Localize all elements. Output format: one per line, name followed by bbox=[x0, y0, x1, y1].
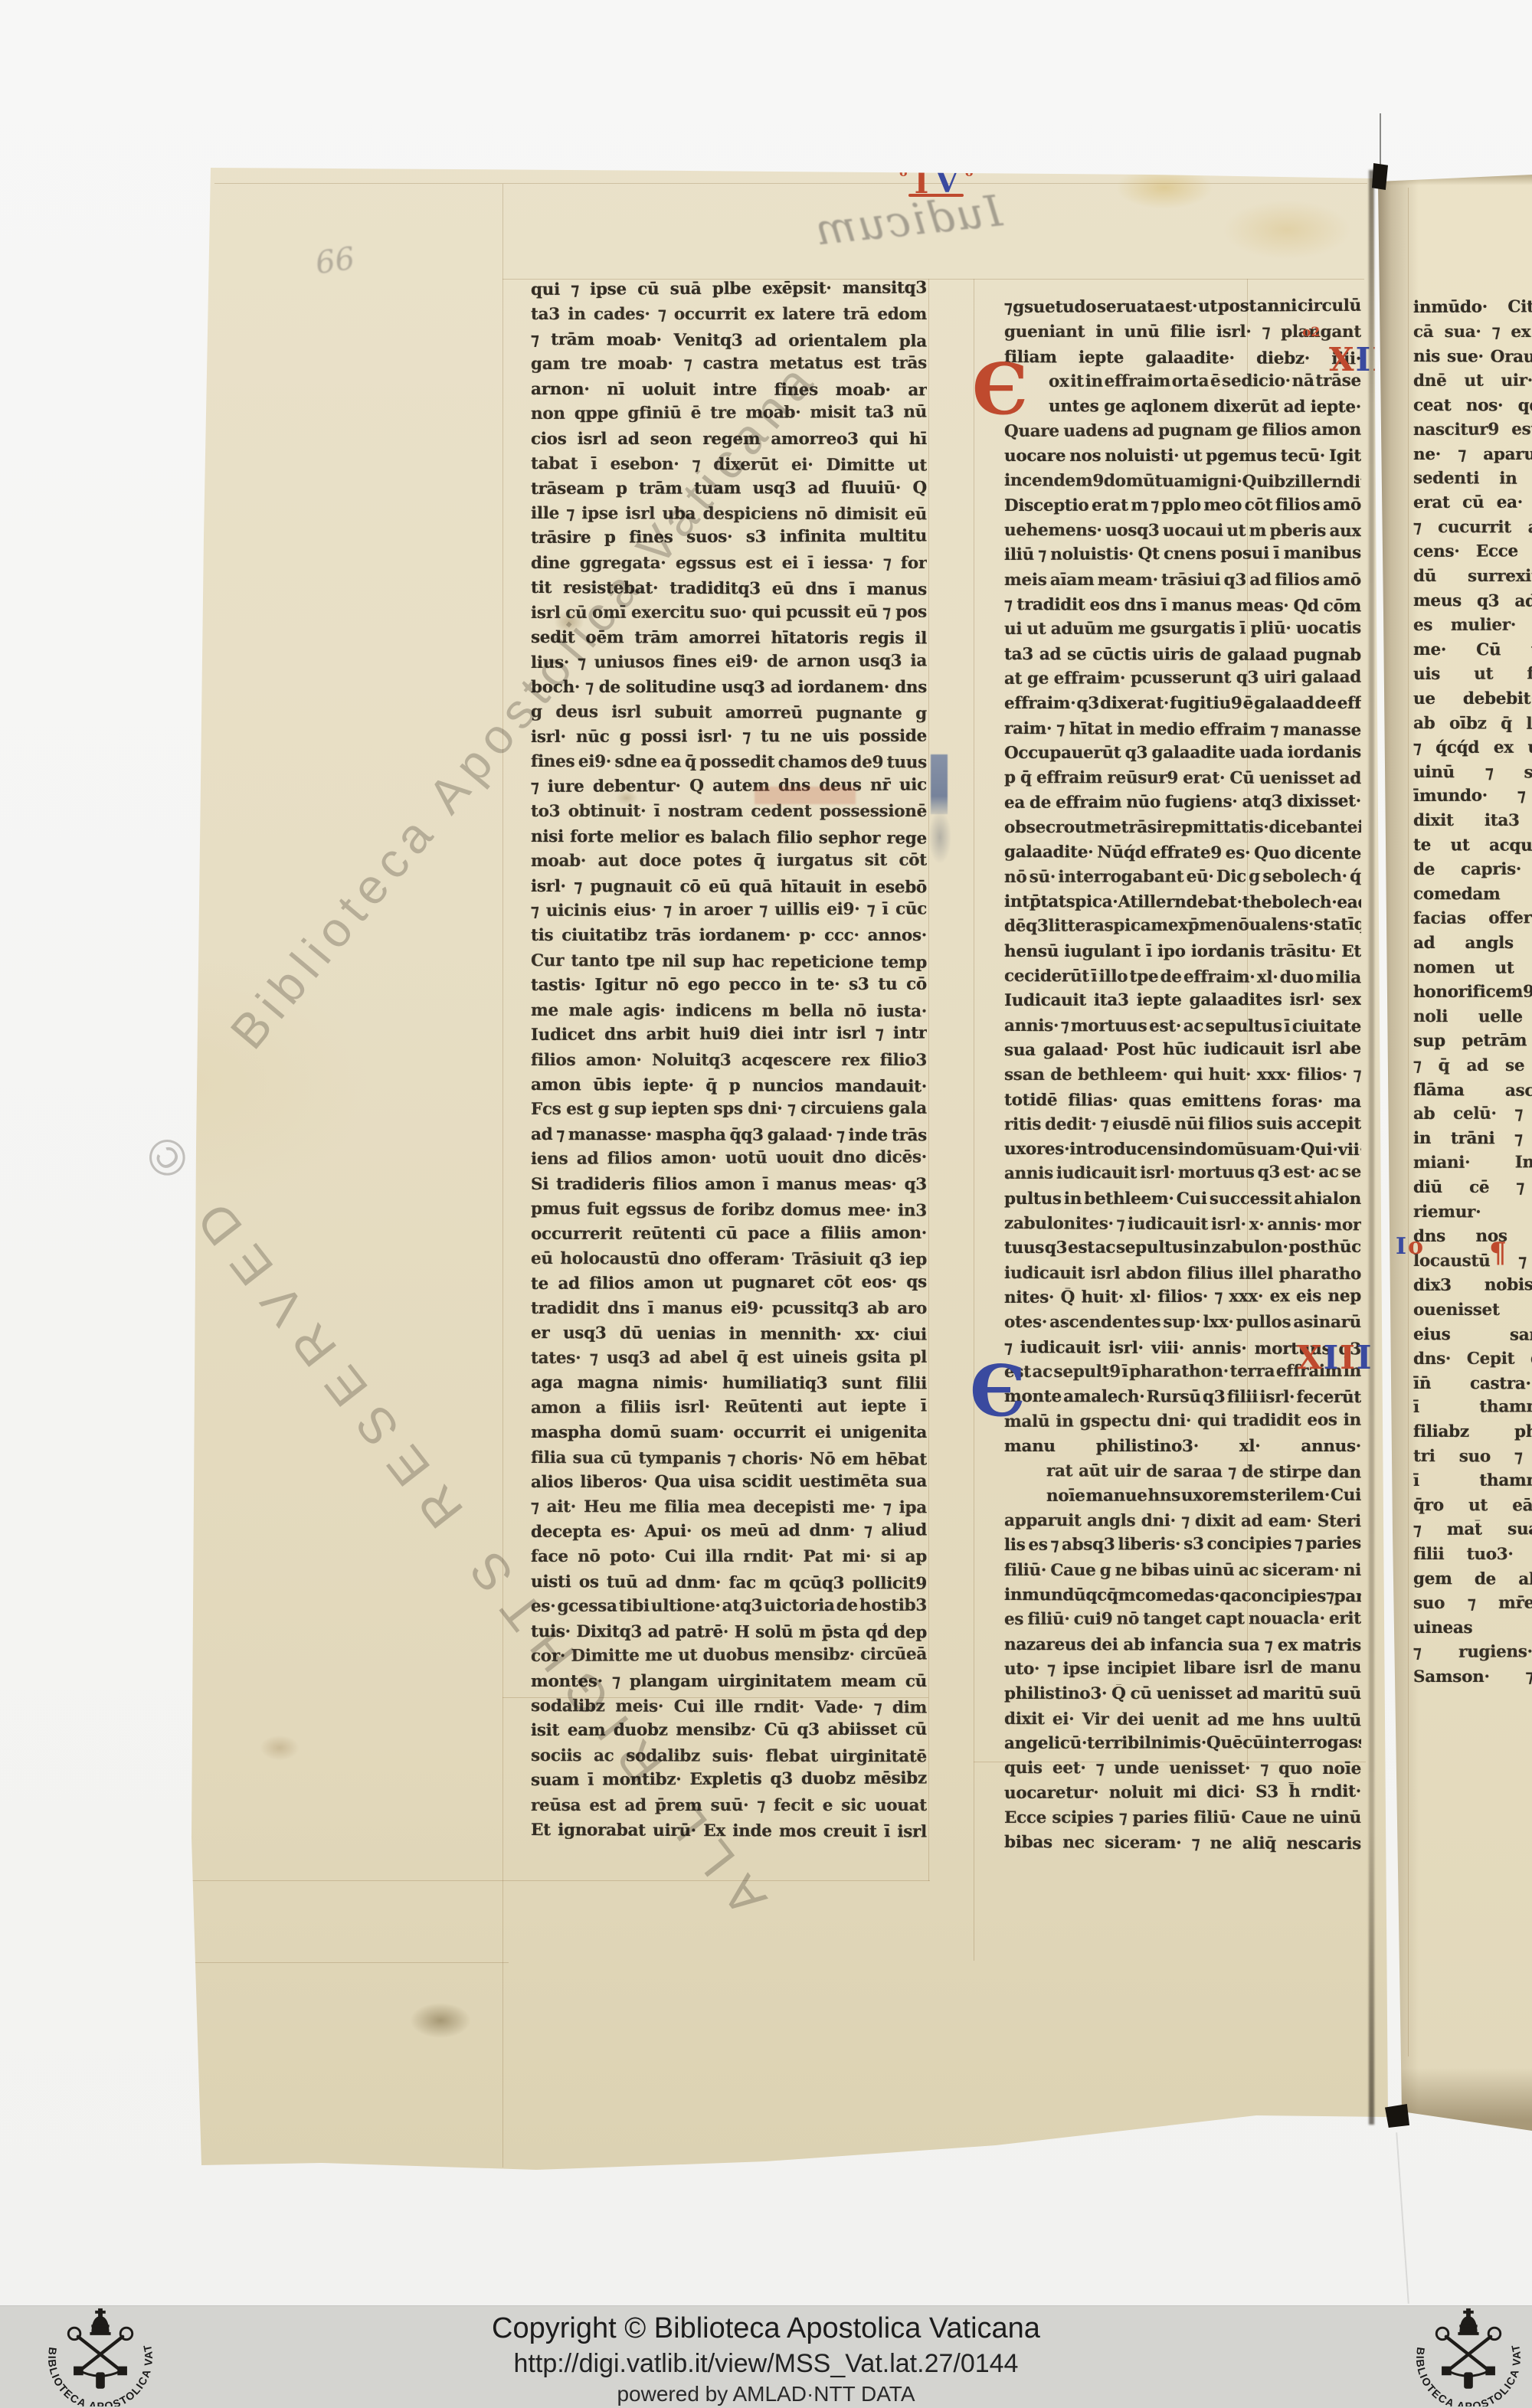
manuscript-text-line: filiamieptegalaadite·diebz·iiii· bbox=[1004, 348, 1361, 375]
chapter-numeral-note: o2 bbox=[1302, 325, 1320, 340]
manuscript-text-line: noīemanuehnsuxoremsterilem·Cui bbox=[1004, 1486, 1361, 1511]
manuscript-text-line: gemdealienis bbox=[1413, 1569, 1532, 1595]
manuscript-text-line: tates·⁊usq3adabelq̄estuineisgsitapl bbox=[531, 1348, 927, 1374]
manuscript-text-line: esmulier·At̄i bbox=[1413, 615, 1532, 640]
manuscript-text-line: iensadfiliosamon·uotūuouitdnodicēs· bbox=[531, 1148, 927, 1175]
manuscript-text-line: nomenutsis bbox=[1413, 958, 1532, 983]
manuscript-text-line: tuusq3estacsepultusinzabulon·posthūc bbox=[1004, 1238, 1361, 1263]
manuscript-text-line: ritisdedit·⁊eiusdēnūifiliossuisaccepit bbox=[1004, 1114, 1361, 1140]
manuscript-text-line: meusq3aduir bbox=[1413, 591, 1532, 617]
manuscript-text-line: intp̄tatspica·Atillerndebat·thebolech·ea… bbox=[1004, 892, 1361, 918]
manuscript-text-line: Quareuadensadpugnamgefiliosamon bbox=[1004, 420, 1361, 447]
footer-url: http://digi.vatlib.it/view/MSS_Vat.lat.2… bbox=[0, 2349, 1532, 2379]
manuscript-text-line: otes·ascendentessup·lxx·pullosasinarū bbox=[1004, 1313, 1361, 1337]
text-column-right: ⁊gsuetudoseruataest·utpostannicirculūgue… bbox=[1004, 298, 1361, 1858]
manuscript-text-line: amonūbisiepte·q̄pnunciosmandauit· bbox=[531, 1075, 927, 1102]
manuscript-text-line: sedentiinagro bbox=[1413, 469, 1532, 494]
manuscript-text-line: esfiliū·cui9nōtangetcaptnouacla·erit bbox=[1004, 1609, 1361, 1634]
manuscript-text-line: tradiditdnsīmanusei9·pcussitq3abaro bbox=[531, 1299, 927, 1323]
manuscript-text-line: manuphilistino3·xl·annus· bbox=[1004, 1437, 1361, 1461]
manuscript-text-line: dixitita3ma bbox=[1413, 811, 1532, 836]
manuscript-text-line: ⁊gsuetudoseruataest·utpostannicirculū bbox=[1004, 296, 1361, 323]
manuscript-text-line: suppetrāmoffe bbox=[1413, 1031, 1532, 1056]
text-column-left: qui⁊ipsecūsuāplbeexēpsit·mansitq3ta3inca… bbox=[531, 280, 927, 1846]
manuscript-text-line: amonafiliisisrl·Reūtentiautiepteī bbox=[531, 1396, 927, 1423]
ruling-line bbox=[179, 1962, 509, 1963]
manuscript-text-line: īmundo·⁊qd́ bbox=[1413, 786, 1532, 811]
binding-thread bbox=[1380, 113, 1381, 165]
manuscript-text-line: Disceptioeratm⁊pplomeocōtfiliosamō bbox=[1004, 495, 1361, 520]
manuscript-text-line: uehemens·uosq3uocauiutmpberisaux bbox=[1004, 521, 1361, 546]
binding-wedge-top bbox=[1372, 163, 1388, 190]
manuscript-text-line: ⁊mat̄sua·⁊ bbox=[1413, 1520, 1532, 1545]
manuscript-text-line: oxitineffraimortaēsedicio·nātrāse bbox=[1004, 371, 1361, 397]
manuscript-text-line: uistiostuūaddnm·facmqcūq3pollicit9 bbox=[531, 1572, 927, 1599]
manuscript-text-line: ceatnos·qd́no bbox=[1413, 396, 1532, 420]
manuscript-text-line: filiituo3·⁊u bbox=[1413, 1545, 1532, 1569]
ruling-line bbox=[179, 1880, 930, 1881]
manuscript-text-line: nōsū·interrogabanteū·Dicgsebolech·q́ bbox=[1004, 866, 1361, 892]
binding-wedge-bottom bbox=[1385, 2104, 1409, 2128]
manuscript-text-line: eiussamson bbox=[1413, 1325, 1532, 1350]
manuscript-text-line: ⁊tradiditeosdnsīmanusmeas·Qdcōm bbox=[1004, 595, 1361, 622]
manuscript-text-line: adanglsdni· bbox=[1413, 934, 1532, 958]
manuscript-text-line: facenōpoto·Cuiillarndit·Patmi·siap bbox=[531, 1547, 927, 1572]
manuscript-text-line: uocarenosnoluisti·utpgemustecū·Igit bbox=[1004, 447, 1361, 471]
manuscript-text-line: uxores·introducensindomūsuam·Qui·vii· bbox=[1004, 1140, 1361, 1165]
ruling-line bbox=[1408, 188, 1409, 2056]
manuscript-text-line: Eccescipies⁊pariesfiliū·Caueneuinū bbox=[1004, 1808, 1361, 1833]
manuscript-text-line: monteamalech·Rursūq3filiiisrl·fecerūt bbox=[1004, 1387, 1361, 1412]
manuscript-text-line: honorificem9 bbox=[1413, 982, 1532, 1006]
manuscript-text-line: ⁊q́cq́dexuinea bbox=[1413, 738, 1532, 762]
pilcrow-red: ¶ bbox=[1489, 1237, 1507, 1269]
manuscript-text-line: isrl·⁊pugnauitcōeūquāhītauitinesebō bbox=[531, 877, 927, 903]
manuscript-text-line: finesei9·sdneeaq̄posseditchamosde9tuus bbox=[531, 752, 927, 778]
manuscript-text-line: incendem9domūtuamigni·Quibzillerndit· bbox=[1004, 471, 1361, 498]
manuscript-text-line: pmusfuitegssusdeforibzdomusmee·in3 bbox=[531, 1199, 927, 1226]
manuscript-text-line: bibasnecsiceram·⁊nealiq̄nescaris bbox=[1004, 1833, 1361, 1860]
manuscript-text-line: uocaretur·noluitmidici·S3h̄rndit· bbox=[1004, 1781, 1361, 1808]
manuscript-text-line: ⁊trāmmoab·Venitq3adorientalempla bbox=[531, 330, 927, 357]
manuscript-text-line: uiutaduūmmegsurgatisīpliū·uocatis bbox=[1004, 619, 1361, 644]
footer-powered-by: powered by AMLAD·NTT DATA bbox=[0, 2382, 1532, 2406]
manuscript-text-line: nazareusdeiabinfanciasua⁊exmatris bbox=[1004, 1635, 1361, 1660]
manuscript-text-line: dineggregata·egssusesteiīiessa·⁊for bbox=[531, 554, 927, 578]
blue-gutter-mark bbox=[931, 754, 948, 814]
manuscript-text-line: trāsirepfinessuos·s3infinitamultitu bbox=[531, 527, 927, 554]
page-gutter-shadow bbox=[1369, 170, 1374, 2125]
manuscript-text-line: malūingspectudni·quitradiditeosin bbox=[1004, 1410, 1361, 1437]
manuscript-text-line: riemur·Cui bbox=[1413, 1202, 1532, 1228]
manuscript-text-line: moab·autdocepotesq̄iurgatussitcōt bbox=[531, 851, 927, 877]
manuscript-text-line: tuis·Dixitq3adpatrē·Hsolūmp̄staqd́dep bbox=[531, 1622, 927, 1648]
manuscript-text-line: annisiudicauitisrl·mortuusq3est·acse bbox=[1004, 1163, 1361, 1189]
manuscript-text-line: uedebebit·D bbox=[1413, 689, 1532, 714]
manuscript-text-line: dnsnosuolu bbox=[1413, 1227, 1532, 1251]
manuscript-text-line: galaadite·Nūq́deffrate9es·Quodicente bbox=[1004, 842, 1361, 869]
manuscript-text-line: Occupauerūtq3galaaditeuadaiordanis bbox=[1004, 743, 1361, 768]
manuscript-text-line: occurreritreūtenticūpaceafiliisamon· bbox=[531, 1223, 927, 1249]
manuscript-text-line: uinū⁊sicerā bbox=[1413, 763, 1532, 787]
manuscript-text-line: iliū⁊noluistis·Qtcnensposuiīmanibus bbox=[1004, 544, 1361, 571]
manuscript-text-line: ad⁊manasse·masphaq̄q3galaad·⁊indetrās bbox=[531, 1125, 927, 1151]
manuscript-text-line: deceptaes·Apui·osmeūaddnm·⁊aliud bbox=[531, 1520, 927, 1547]
ruling-line bbox=[502, 184, 503, 2168]
manuscript-text-line: locaustū⁊lib bbox=[1413, 1251, 1532, 1276]
manuscript-text-line: abcelū·⁊loca bbox=[1413, 1104, 1532, 1129]
pencil-inscription: Iudicum bbox=[811, 186, 1004, 255]
manuscript-text-line: flāmaascende bbox=[1413, 1081, 1532, 1106]
manuscript-text-line: uisutfaciat bbox=[1413, 664, 1532, 689]
manuscript-text-line: nites·Q̄huit·xl·filios·⁊xxx·exeisnep bbox=[1004, 1287, 1361, 1314]
manuscript-text-line: totidēfilias·quasemittensforas·ma bbox=[1004, 1091, 1361, 1117]
manuscript-text-line: hensūiugulantīipoiordanistrāsitu·Et bbox=[1004, 942, 1361, 967]
manuscript-text-line: uto·⁊ipseincipietlibareisrldemanu bbox=[1004, 1658, 1361, 1685]
ruling-line bbox=[214, 183, 1367, 184]
manuscript-text-line: to3obtinuit·īnostramcedentpossessionē bbox=[531, 802, 927, 826]
gutter-smudge bbox=[928, 810, 951, 864]
text-column-partial: inmūdo·Citeitcāsua·⁊exut̄i9nissue·Orauit… bbox=[1413, 298, 1532, 1692]
manuscript-text-line: ⁊ait·Heumefiliameadecepistime·⁊ipa bbox=[531, 1497, 927, 1523]
manuscript-text-line: pultusinbethleem·Cuisuccessitahialon bbox=[1004, 1189, 1361, 1214]
manuscript-text-line: ta3incades·⁊occurritexlateretrāedom bbox=[531, 305, 927, 329]
chapter-numeral-xiii: XIII bbox=[1297, 1339, 1373, 1376]
manuscript-text-line: eūholocaustūdnoofferam·Trāsiuitq3iep bbox=[531, 1249, 927, 1275]
manuscript-text-line: eadeeffraimnūofugiens·atq3dixisset· bbox=[1004, 791, 1361, 818]
manuscript-text-line: sociisacsodalibzsuis·flebatuirginitatē bbox=[531, 1746, 927, 1772]
manuscript-text-line: uineasoppi bbox=[1413, 1618, 1532, 1643]
folio-number-pencil: 66 bbox=[313, 241, 357, 282]
manuscript-text-line: teadfiliosamonutpugnaretcōteos·qs bbox=[531, 1272, 927, 1299]
manuscript-text-line: boch·⁊desolitudineusq3adiordanem·dns bbox=[531, 678, 927, 702]
manuscript-text-line: ⁊q̄adsep̄tin bbox=[1413, 1056, 1532, 1081]
manuscript-text-line: aboībzq̄locuti bbox=[1413, 714, 1532, 739]
manuscript-text-line: eratcūea·Qci bbox=[1413, 493, 1532, 518]
manuscript-text-line: suamīmontibz·Expletisq3duobzmēsibz bbox=[531, 1769, 927, 1796]
manuscript-text-line: dixitei·Virdeiuenitadmehnsuultū bbox=[1004, 1709, 1361, 1736]
manuscript-text-line: Samson·⁊r bbox=[1413, 1667, 1532, 1692]
manuscript-text-line: nisifortemelioresbalachfiliosephorrege bbox=[531, 827, 927, 854]
manuscript-text-line: filiosamon·Noluitq3acqescererexfilio3 bbox=[531, 1051, 927, 1075]
manuscript-text-line: memaleagis·indicensmbellanōiusta· bbox=[531, 1001, 927, 1027]
manuscript-text-line: Fcsestgsupieptenspsdni·⁊circuiensgala bbox=[531, 1099, 927, 1125]
manuscript-text-line: dnēutuir·dei bbox=[1413, 371, 1532, 395]
manuscript-text-line: Curtantotpenilsuphacrepeticionetemp bbox=[531, 951, 927, 978]
manuscript-text-line: quiseet·⁊undeuenisset·⁊quonoīe bbox=[1004, 1759, 1361, 1784]
manuscript-text-line: philistino3·Q̄cūuenissetadmaritūsuū bbox=[1004, 1684, 1361, 1709]
manuscript-text-line: gdeusisrlsubuitamorreūpugnanteg bbox=[531, 702, 927, 729]
manuscript-text-line: īthamnatha bbox=[1413, 1471, 1532, 1496]
manuscript-text-line: ceciderūtīillotpedeeffraim·xl·duomilia bbox=[1004, 967, 1361, 993]
manuscript-text-line: untesgeaqlonemdixerūtadiepte· bbox=[1004, 397, 1361, 422]
manuscript-text-line: teutacquiesca bbox=[1413, 836, 1532, 861]
ruling-line bbox=[928, 279, 929, 1881]
manuscript-text-line: Sitradiderisfiliosamonīmanusmeas·q3 bbox=[531, 1175, 927, 1199]
manuscript-text-line: noliuellesci bbox=[1413, 1007, 1532, 1032]
manuscript-text-line: cāsua·⁊exut̄i9 bbox=[1413, 322, 1532, 347]
manuscript-text-line: decapris·Cui bbox=[1413, 860, 1532, 885]
manuscript-text-line: angelicū·terribilnimis·Quēcūinterrogassē bbox=[1004, 1733, 1361, 1759]
manuscript-text-line: inmūdo·Citeit bbox=[1413, 297, 1532, 322]
manuscript-text-line: ⁊cucurritadu bbox=[1413, 518, 1532, 542]
manuscript-text-line: agamagnanimis·humiliatiq3suntfilii bbox=[531, 1373, 927, 1399]
manuscript-text-line: lises⁊absq3liberis·s3concipies⁊paries bbox=[1004, 1534, 1361, 1561]
manuscript-text-line: nascitur9est·Ex bbox=[1413, 420, 1532, 445]
chapter-marks-partial: Io bbox=[1396, 1233, 1423, 1260]
manuscript-text-line: arnon·nīuoluitintrefinesmoab·ar bbox=[531, 380, 927, 406]
manuscript-text-line: isrl·nūcgpossiisrl·⁊tuneuisposside bbox=[531, 727, 927, 753]
chapter-initial-blue: Є bbox=[970, 1356, 1026, 1426]
manuscript-text-line: faciasoffer·ill bbox=[1413, 908, 1532, 934]
manuscript-text-line: trisuo⁊mr̄i bbox=[1413, 1447, 1532, 1472]
manuscript-text-line: suagalaad·Posthūciudicauitisrlabe bbox=[1004, 1039, 1361, 1066]
manuscript-text-line: īthamnatha bbox=[1413, 1397, 1532, 1422]
manuscript-text-line: q̄routeāac bbox=[1413, 1496, 1532, 1520]
vatican-library-logo: BIBLIOTECA APOSTOLICA VATICANA bbox=[1408, 2307, 1529, 2406]
manuscript-text-line: effraim·q3dixerat·fugitiu9ēgalaaddeeff bbox=[1004, 694, 1361, 718]
manuscript-text-line: diūcē⁊dix bbox=[1413, 1178, 1532, 1202]
manuscript-text-line: ⁊rugiens·⁊ bbox=[1413, 1642, 1532, 1667]
manuscript-text-line: filiabzphilisti bbox=[1413, 1422, 1532, 1447]
manuscript-text-line: filiū·Cauegnebibasuinūacsiceram·ni bbox=[1004, 1561, 1361, 1585]
manuscript-text-line: comedampa bbox=[1413, 885, 1532, 909]
chapter-numeral-xii: XII bbox=[1329, 341, 1389, 378]
manuscript-text-line: Iudicetdnsarbithui9dieiintrisrl⁊intr bbox=[531, 1024, 927, 1051]
red-highlight-smudge bbox=[755, 787, 856, 804]
manuscript-text-line: qui⁊ipsecūsuāplbeexēpsit·mansitq3 bbox=[531, 278, 927, 305]
manuscript-text-line: ne·⁊aparuitu bbox=[1413, 445, 1532, 469]
manuscript-text-line: es·gcessatibiultione·atq3uictoriadehosti… bbox=[531, 1596, 927, 1622]
manuscript-text-line: meisaīammeam·trāsiuiq3adfiliosamō bbox=[1004, 571, 1361, 595]
manuscript-text-line: īn̄castra·⁊ bbox=[1413, 1374, 1532, 1399]
manuscript-text-line: miani·Intuit9 bbox=[1413, 1153, 1532, 1178]
manuscript-text-line: dūsurrexit⁊ bbox=[1413, 567, 1532, 591]
manuscript-text-line: tisciuitatibztrāsiordanem·p·ccc·annos· bbox=[531, 926, 927, 950]
vatican-library-logo: BIBLIOTECA APOSTOLICA VATICANA bbox=[40, 2307, 161, 2406]
manuscript-text-line: dix3nobish̄ bbox=[1413, 1275, 1532, 1301]
manuscript-text-line: ssandebethleem·quihuit·xxx·filios·⁊ bbox=[1004, 1065, 1361, 1090]
backing-sheet-edge bbox=[1396, 2132, 1409, 2304]
manuscript-text-line: rataūtuirdesaraa⁊destirpedan bbox=[1004, 1461, 1361, 1488]
manuscript-text-line: dns·Cepitq3s bbox=[1413, 1349, 1532, 1373]
manuscript-text-line: suo⁊mr̄esu bbox=[1413, 1593, 1532, 1618]
manuscript-text-line: dēq3litteraspicamexp̄menōualens·statīq3 bbox=[1004, 915, 1361, 942]
manuscript-text-line: tastis·Igiturnōegopeccointe·s3tucō bbox=[531, 975, 927, 1001]
chapter-initial-red: Є bbox=[972, 354, 1028, 424]
manuscript-text-line: obsecroutmetrāsirepmittatis·dicebantei bbox=[1004, 818, 1361, 842]
manuscript-text-line: atgeeffraim·pcusseruntq3uirigalaad bbox=[1004, 668, 1361, 695]
manuscript-text-line: ⁊uiciniseius·⁊inaroer⁊uillisei9·⁊īcūc bbox=[531, 899, 927, 926]
manuscript-text-line: ⁊iuredebentur·Qautemdnsdeusnr̄uic bbox=[531, 775, 927, 802]
footer-copyright: Copyright © Biblioteca Apostolica Vatica… bbox=[0, 2312, 1532, 2345]
manuscript-text-line: filiasuacūtympanis⁊choris·Nōemhēbat bbox=[531, 1448, 927, 1475]
manuscript-text-line: ille⁊ipseisrlubadespiciensnōdimisiteū bbox=[531, 504, 927, 530]
manuscript-text-line: gamtremoab·⁊castrametatusesttrās bbox=[531, 354, 927, 380]
manuscript-text-line: raim·⁊hītatinmedioeffraim⁊manasse bbox=[1004, 719, 1361, 746]
manuscript-text-line: nissue·Orauitq3 bbox=[1413, 347, 1532, 372]
manuscript-text-line: iudicauitisrlabdonfiliusillelpharatho bbox=[1004, 1264, 1361, 1289]
ruling-line bbox=[974, 279, 974, 1961]
manuscript-text-line: pq̄effraimreūsur9erat·Cūuenissetad bbox=[1004, 768, 1361, 793]
manuscript-text-line: ouenissetpe bbox=[1413, 1301, 1532, 1325]
manuscript-text-line: annis·⁊mortuusest·acsepultusīciuitate bbox=[1004, 1016, 1361, 1042]
manuscript-text-line: intrāni⁊ceci bbox=[1413, 1129, 1532, 1153]
manuscript-text-line: erusq3dūueniasinmennith·xx·ciui bbox=[531, 1323, 927, 1350]
manuscript-text-line: inmundūqcq̄mcomedas·qaconcipies⁊pari bbox=[1004, 1585, 1361, 1612]
footer-bar: Copyright © Biblioteca Apostolica Vatica… bbox=[0, 2305, 1532, 2408]
manuscript-text-line: me·Cūuen̄it bbox=[1413, 640, 1532, 665]
manuscript-text-line: Iudicauitita3ieptegalaaditesisrl·sex bbox=[1004, 990, 1361, 1016]
manuscript-text-line: reūsaestadp̄remsuū·⁊fecitesicuouat bbox=[531, 1796, 927, 1821]
manuscript-text-line: apparuitanglsdni·⁊dixitadeam·Steri bbox=[1004, 1511, 1361, 1536]
manuscript-text-line: zabulonites·⁊iudicauitisrl·x·annis·mor bbox=[1004, 1214, 1361, 1241]
manuscript-text-line: cens·Ecceappa bbox=[1413, 541, 1532, 567]
manuscript-text-line: aliosliberos·Quauisascidituestimētasua bbox=[531, 1472, 927, 1498]
manuscript-text-line: masphadomūsuam·occurriteiunigenita bbox=[531, 1423, 927, 1448]
manuscript-text-line: ta3adsecūctisuirisdegalaadpugnab bbox=[1004, 645, 1361, 670]
